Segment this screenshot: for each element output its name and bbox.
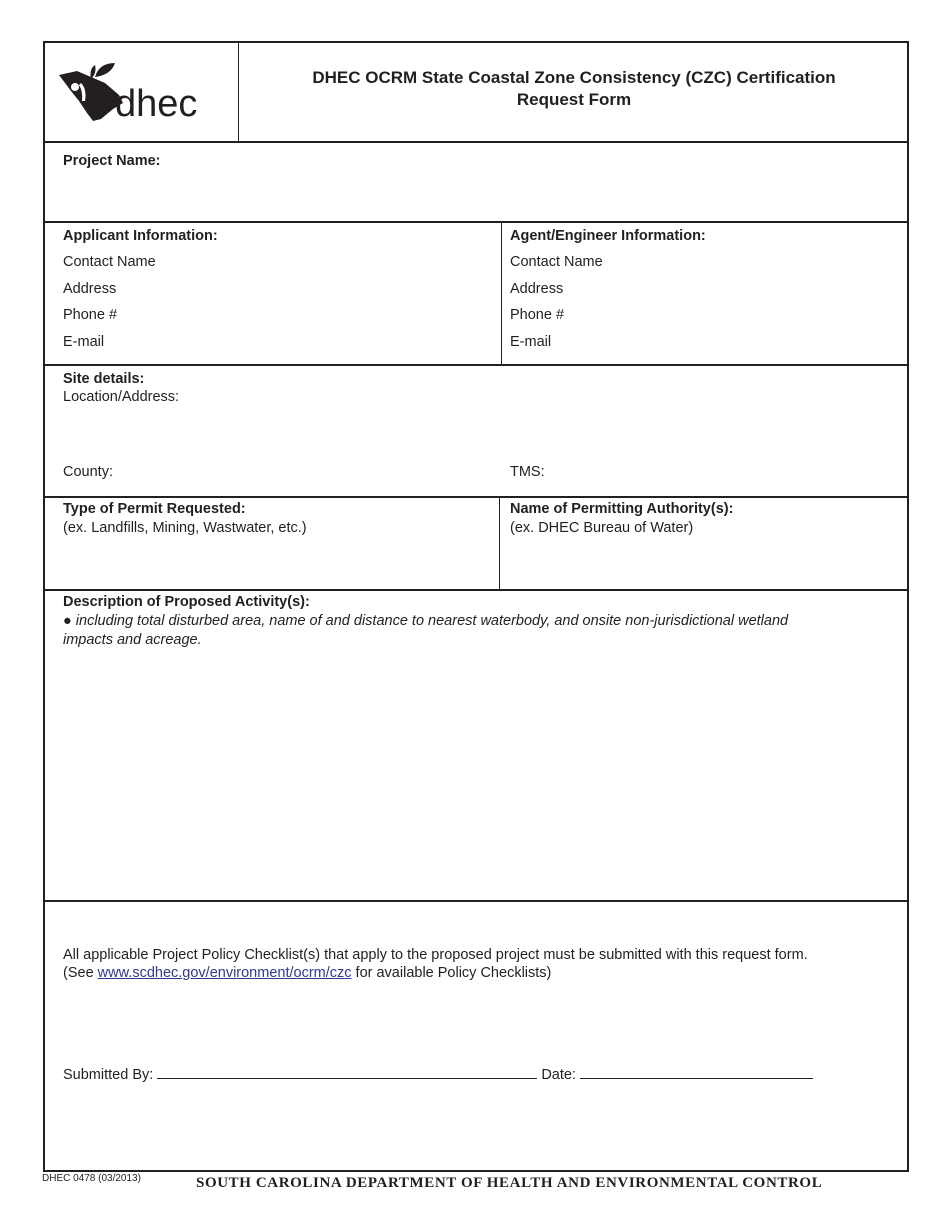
tms-label: TMS: (510, 464, 545, 480)
permitting-authority-heading: Name of Permitting Authority(s): (510, 501, 733, 517)
divider (45, 364, 907, 366)
bullet-icon: ● (63, 613, 72, 629)
divider (45, 900, 907, 902)
form-header: dhec DHEC OCRM State Coastal Zone Consis… (45, 43, 907, 143)
applicant-phone-label: Phone # (63, 307, 117, 323)
agent-email-label: E-mail (510, 334, 551, 350)
permitting-authority-hint: (ex. DHEC Bureau of Water) (510, 520, 693, 536)
applicant-email-label: E-mail (63, 334, 104, 350)
date-field[interactable] (580, 1065, 813, 1079)
policy-checklist-link-line: (See www.scdhec.gov/environment/ocrm/czc… (63, 965, 551, 981)
column-divider (501, 223, 502, 365)
column-divider (499, 498, 500, 590)
divider (45, 496, 907, 498)
agent-address-label: Address (510, 281, 563, 297)
form-title-line2: Request Form (312, 89, 835, 111)
description-heading: Description of Proposed Activity(s): (63, 594, 310, 610)
project-name-field[interactable] (175, 149, 895, 209)
site-details-heading: Site details: (63, 371, 144, 387)
dhec-logo: dhec (45, 43, 239, 141)
description-field[interactable] (63, 655, 893, 895)
agent-heading: Agent/Engineer Information: (510, 228, 706, 244)
policy-checklists-link[interactable]: www.scdhec.gov/environment/ocrm/czc (98, 965, 352, 981)
permit-type-hint: (ex. Landfills, Mining, Wastwater, etc.) (63, 520, 307, 536)
project-name-label: Project Name: (63, 153, 161, 169)
agent-contact-name-label: Contact Name (510, 254, 603, 270)
applicant-address-label: Address (63, 281, 116, 297)
applicant-heading: Applicant Information: (63, 228, 218, 244)
permit-type-heading: Type of Permit Requested: (63, 501, 246, 517)
description-hint-line2: impacts and acreage. (63, 632, 202, 648)
county-label: County: (63, 464, 113, 480)
czc-request-form: dhec DHEC OCRM State Coastal Zone Consis… (43, 41, 909, 1172)
divider (45, 221, 907, 223)
agency-name: SOUTH CAROLINA DEPARTMENT OF HEALTH AND … (196, 1175, 836, 1192)
submitted-by-label: Submitted By: (63, 1067, 153, 1083)
signature-line: Submitted By: Date: (63, 1065, 813, 1083)
form-title: DHEC OCRM State Coastal Zone Consistency… (241, 43, 907, 141)
divider (45, 589, 907, 591)
dhec-logo-icon: dhec (57, 61, 217, 123)
location-address-label: Location/Address: (63, 389, 179, 405)
form-code: DHEC 0478 (03/2013) (42, 1173, 141, 1184)
svg-text:dhec: dhec (115, 83, 197, 123)
description-hint: ● including total disturbed area, name o… (63, 613, 788, 629)
date-label: Date: (541, 1067, 576, 1083)
submitted-by-field[interactable] (157, 1065, 537, 1079)
applicant-contact-name-label: Contact Name (63, 254, 156, 270)
agent-phone-label: Phone # (510, 307, 564, 323)
form-title-line1: DHEC OCRM State Coastal Zone Consistency… (312, 67, 835, 89)
policy-checklist-notice: All applicable Project Policy Checklist(… (63, 947, 808, 963)
